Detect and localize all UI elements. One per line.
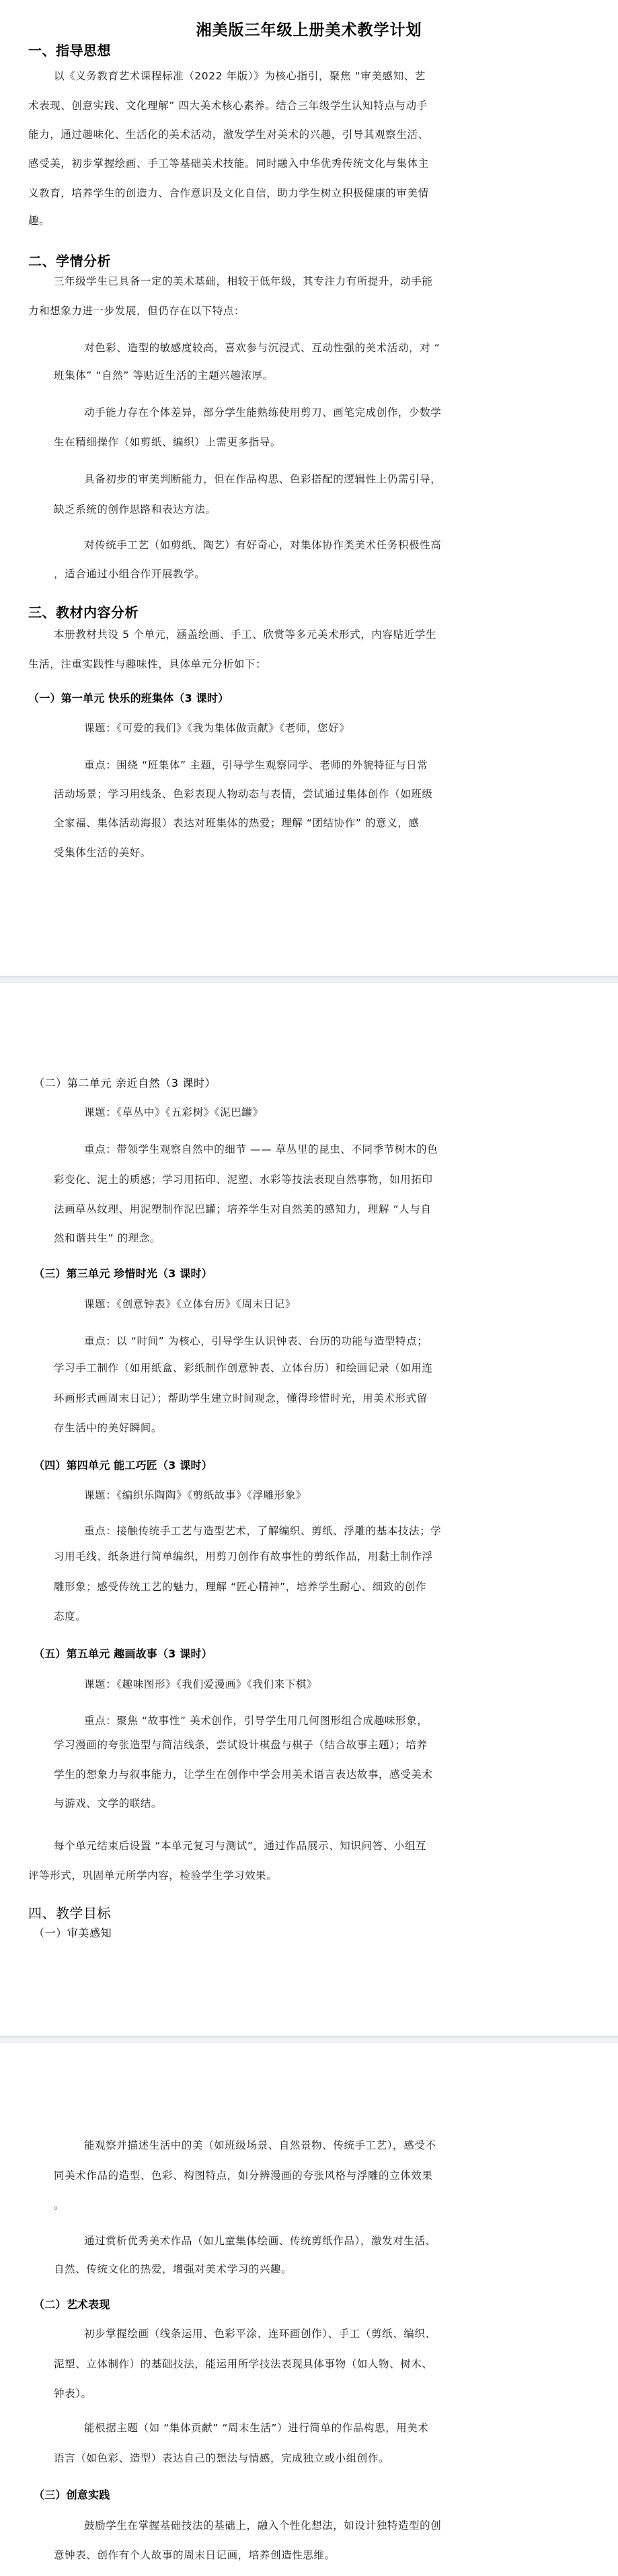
paragraph-line: 评等形式，巩固单元所学内容，检验学生学习效果。 <box>28 1867 277 1884</box>
paragraph-line: 能力，通过趣味化、生活化的美术活动，激发学生对美术的兴趣，引导其观察生活、 <box>28 127 429 143</box>
goal-paragraph-line: 鼓励学生在掌握基础技法的基础上，融入个性化想法，如设计独特造型的创 <box>84 2517 441 2534</box>
unit-focus-line: 学习漫画的夸张造型与简洁线条，尝试设计棋盘与棋子（结合故事主题）；培养 <box>54 1737 428 1753</box>
unit-focus-line: 环画形式画周末日记）；帮助学生建立时间观念，懂得珍惜时光，用美术形式留 <box>54 1390 428 1406</box>
paragraph-line: 义教育，培养学生的创造力、合作意识及文化自信，助力学生树立积极健康的审美情 <box>28 185 429 201</box>
document-title: 湘美版三年级上册美术教学计划 <box>0 20 618 40</box>
section-heading-content-analysis: 三、教材内容分析 <box>28 603 139 622</box>
goal-paragraph-line: 泥塑、立体制作）的基础技法，能运用所学技法表现具体事物（如人物、树木、 <box>54 2356 433 2372</box>
analysis-point: 班集体” “自然” 等贴近生活的主题兴趣浓厚。 <box>54 367 274 384</box>
unit-focus-line: 学生的想象力与叙事能力，让学生在创作中学会用美术语言表达故事，感受美术 <box>54 1766 433 1783</box>
unit-focus-line: 重点：接触传统手工艺与造型艺术，了解编织、剪纸、浮雕的基本技法；学 <box>84 1523 441 1539</box>
paragraph-line: 术表现、创意实践、文化理解” 四大美术核心素养。结合三年级学生认知特点与动手 <box>28 98 428 114</box>
unit-focus-line: 学习手工制作（如用纸盒、彩纸制作创意钟表、立体台历）和绘画记录（如用连 <box>54 1360 433 1376</box>
analysis-point: 对色彩、造型的敏感度较高，喜欢参与沉浸式、互动性强的美术活动，对 “ <box>84 340 440 356</box>
goal-heading: （一）审美感知 <box>34 1925 112 1941</box>
unit-focus-line: 然和谐共生” 的理念。 <box>54 1230 161 1246</box>
unit-focus-line: 受集体生活的美好。 <box>54 845 151 861</box>
unit-heading: （四）第四单元 能工巧匠（3 课时） <box>34 1458 213 1474</box>
unit-heading: （五）第五单元 趣画故事（3 课时） <box>34 1646 213 1662</box>
paragraph-line: 三年级学生已具备一定的美术基础，相较于低年级，其专注力有所提升，动手能 <box>54 273 433 289</box>
paragraph-line: 趣。 <box>28 213 50 229</box>
analysis-point: 动手能力存在个体差异，部分学生能熟练使用剪刀、画笔完成创作，少数学 <box>84 404 441 421</box>
unit-focus-line: 重点：聚焦 “故事性” 美术创作，引导学生用几何图形组合成趣味形象， <box>84 1713 428 1729</box>
goal-paragraph-line: 能观察并描述生活中的美（如班级场景、自然景物、传统手工艺），感受不 <box>84 2137 436 2153</box>
goal-paragraph-line: 能根据主题（如 “集体贡献” “周末生活”）进行简单的作品构思，用美术 <box>84 2420 428 2436</box>
document-page-1: 湘美版三年级上册美术教学计划 一、指导思想 以《义务教育艺术课程标准（2022 … <box>0 0 618 976</box>
section-heading-student-analysis: 二、学情分析 <box>28 252 111 271</box>
paragraph-line: 以《义务教育艺术课程标准（2022 年版）》为核心指引，聚焦 “审美感知、艺 <box>54 68 426 84</box>
goal-heading: （二）艺术表现 <box>34 2297 110 2313</box>
goal-heading: （三）创意实践 <box>34 2487 110 2503</box>
unit-topics: 课题：《可爱的我们》《我为集体做贡献》《老师，您好》 <box>84 720 350 736</box>
unit-topics: 课题：《编织乐陶陶》《剪纸故事》《浮雕形象》 <box>84 1487 307 1503</box>
unit-focus-line: 雕形象；感受传统工艺的魅力，理解 “匠心精神”，培养学生耐心、细致的创作 <box>54 1579 426 1595</box>
unit-heading: （二）第二单元 亲近自然（3 课时） <box>34 1075 216 1092</box>
goal-paragraph-line: 钟表）。 <box>54 2386 92 2402</box>
goal-paragraph-line: 自然、传统文化的热爱，增强对美术学习的兴趣。 <box>54 2261 292 2277</box>
unit-focus-line: 法画草丛纹理、用泥塑制作泥巴罐；培养学生对自然美的感知力，理解 “人与自 <box>54 1201 432 1217</box>
unit-focus-line: 存生活中的美好瞬间。 <box>54 1420 162 1436</box>
goal-paragraph-line: 初步掌握绘画（线条运用、色彩平涂、连环画创作）、手工（剪纸、编织、 <box>84 2326 436 2342</box>
page-break <box>0 976 618 983</box>
analysis-point: 对传统手工艺（如剪纸、陶艺）有好奇心，对集体协作类美术任务积极性高 <box>84 537 441 553</box>
analysis-point: ，适合通过小组合作开展教学。 <box>54 566 205 582</box>
paragraph-line: 本册教材共设 5 个单元，涵盖绘画、手工、欣赏等多元美术形式，内容贴近学生 <box>54 627 436 643</box>
section-heading-guiding-thought: 一、指导思想 <box>28 41 111 60</box>
section-heading-teaching-goals: 四、教学目标 <box>28 1904 111 1923</box>
unit-focus-line: 彩变化、泥土的质感；学习用拓印、泥塑、水彩等技法表现自然事物，如用拓印 <box>54 1172 433 1188</box>
unit-focus-line: 重点：以 “时间” 为核心，引导学生认识钟表、台历的功能与造型特点； <box>84 1333 428 1349</box>
unit-focus-line: 重点：带领学生观察自然中的细节 —— 草丛里的昆虫、不同季节树木的色 <box>84 1141 438 1157</box>
goal-paragraph-line: 通过赏析优秀美术作品（如儿童集体绘画、传统剪纸作品），激发对生活、 <box>84 2233 436 2249</box>
paragraph-line: 每个单元结束后设置 “本单元复习与测试”，通过作品展示、知识问答、小组互 <box>54 1838 426 1854</box>
unit-focus-line: 态度。 <box>54 1608 86 1624</box>
page-break <box>0 2036 618 2043</box>
goal-paragraph-line: 语言（如色彩、造型）表达自己的想法与情感，完成独立或小组创作。 <box>54 2450 389 2466</box>
unit-topics: 课题：《趣味图形》《我们爱漫画》《我们来下棋》 <box>84 1676 317 1692</box>
analysis-point: 具备初步的审美判断能力，但在作品构思、色彩搭配的逻辑性上仍需引导， <box>84 471 441 487</box>
unit-focus-line: 与游戏、文学的联结。 <box>54 1795 162 1812</box>
analysis-point: 缺乏系统的创作思路和表达方法。 <box>54 501 217 517</box>
unit-focus-line: 全家福、集体活动海报）表达对班集体的热爱；理解 “团结协作” 的意义，感 <box>54 815 420 831</box>
paragraph-line: 感受美，初步掌握绘画、手工等基础美术技能。同时融入中华优秀传统文化与集体主 <box>28 155 429 172</box>
unit-heading: （一）第一单元 快乐的班集体（3 课时） <box>28 690 229 707</box>
unit-focus-line: 活动场景；学习用线条、色彩表现人物动态与表情，尝试通过集体创作（如班级 <box>54 786 433 802</box>
goal-paragraph-line: 意钟表、创作有个人故事的周末日记画，培养创造性思维。 <box>54 2547 336 2563</box>
unit-focus-line: 习用毛线、纸条进行简单编织，用剪刀创作有故事性的剪纸作品，用黏土制作浮 <box>54 1548 433 1565</box>
unit-heading: （三）第三单元 珍惜时光（3 课时） <box>34 1266 213 1282</box>
unit-topics: 课题：《创意钟表》《立体台历》《周末日记》 <box>84 1296 296 1312</box>
paragraph-line: 力和想象力进一步发展，但仍存在以下特点： <box>28 303 245 319</box>
unit-focus-line: 重点：围绕 “班集体” 主题，引导学生观察同学、老师的外貌特征与日常 <box>84 757 428 773</box>
goal-paragraph-line: 同美术作品的造型、色彩、构图特点，如分辨漫画的夸张风格与浮雕的立体效果 <box>54 2168 433 2184</box>
unit-topics: 课题：《草丛中》《五彩树》《泥巴罐》 <box>84 1104 264 1120</box>
analysis-point: 生在精细操作（如剪纸、编织）上需更多指导。 <box>54 434 281 450</box>
paragraph-line: 生活，注重实践性与趣味性，具体单元分析如下： <box>28 656 266 672</box>
goal-paragraph-line: 。 <box>54 2197 65 2213</box>
